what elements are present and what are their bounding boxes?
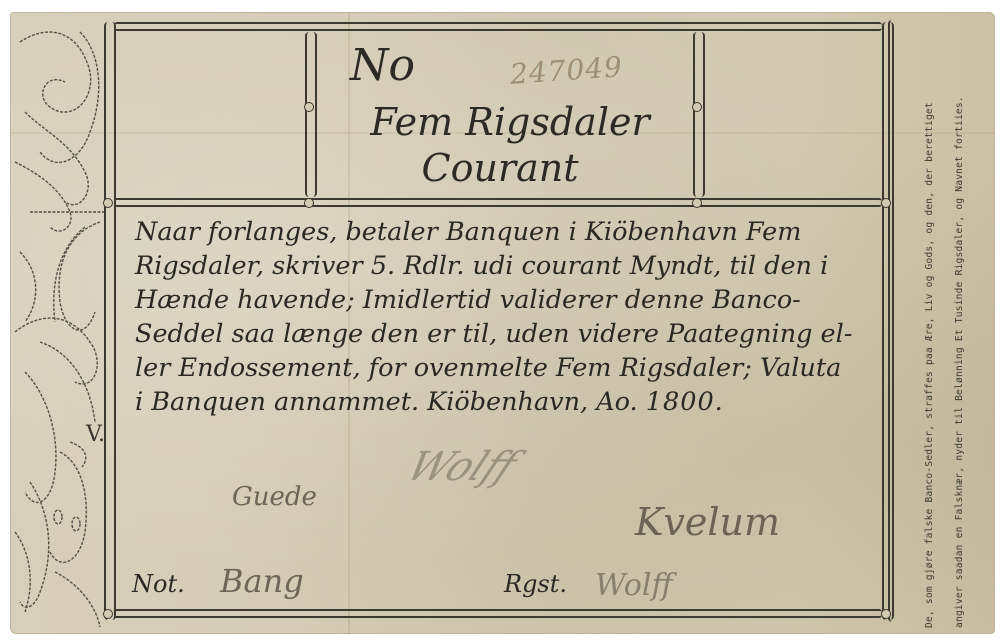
body-line: Seddel saa længe den er til, uden videre… <box>135 317 885 351</box>
promissory-text: Naar forlanges, betaler Banquen i Kiöben… <box>135 215 885 419</box>
issue-year: 1800. <box>646 387 724 417</box>
body-line: Hænde havende; Imidlertid validerer denn… <box>135 283 885 317</box>
rgst-label: Rgst. <box>504 570 567 598</box>
right-border-rule <box>888 20 898 622</box>
header-divider-chain <box>114 198 882 207</box>
left-border-chain <box>104 22 116 620</box>
chain-node <box>103 198 113 208</box>
chain-node <box>692 102 702 112</box>
not-label: Not. <box>132 570 185 598</box>
acanthus-ornament <box>10 12 110 634</box>
chain-node <box>304 102 314 112</box>
signature-center: Wolff <box>399 444 524 490</box>
chain-node <box>881 198 891 208</box>
serial-number: 247049 <box>509 50 624 91</box>
chain-node <box>881 609 891 619</box>
chain-node <box>692 198 702 208</box>
warning-line-2: angiver saadan en Falsknær, nyder til Be… <box>954 28 965 628</box>
not-signature: Bang <box>220 562 304 600</box>
bottom-border-chain <box>114 609 882 618</box>
rgst-signature: Wolff <box>595 568 673 603</box>
body-line: Rigsdaler, skriver 5. Rdlr. udi courant … <box>135 249 885 283</box>
body-line: Naar forlanges, betaler Banquen i Kiöben… <box>135 215 885 249</box>
chain-node <box>304 198 314 208</box>
body-line: ler Endossement, for ovenmelte Fem Rigsd… <box>135 351 885 385</box>
top-border-chain <box>114 22 882 31</box>
signature-guede: Guede <box>232 482 317 512</box>
denomination-title: Fem Rigsdaler <box>330 100 690 144</box>
date-prefix: Ao. <box>596 387 637 417</box>
roman-numeral-value: V. <box>86 422 105 447</box>
body-line-final: i Banquen annammet. Kiöbenhavn, Ao. 1800… <box>135 385 885 419</box>
chain-node <box>103 609 113 619</box>
currency-title: Courant <box>380 146 620 190</box>
warning-line-1: De, som gjøre falske Banco-Sedler, straf… <box>924 28 935 628</box>
cartouche-left-chain <box>305 32 317 197</box>
signature-right: Kvelum <box>635 500 780 544</box>
place-text: i Banquen annammet. Kiöbenhavn, <box>135 387 588 417</box>
banknote: V. No 247049 Fem Rigsdaler Courant Naar … <box>10 12 995 634</box>
number-prefix: No <box>350 40 415 91</box>
cartouche-right-chain <box>693 32 705 197</box>
counterfeit-warning: De, som gjøre falske Banco-Sedler, straf… <box>908 32 998 632</box>
